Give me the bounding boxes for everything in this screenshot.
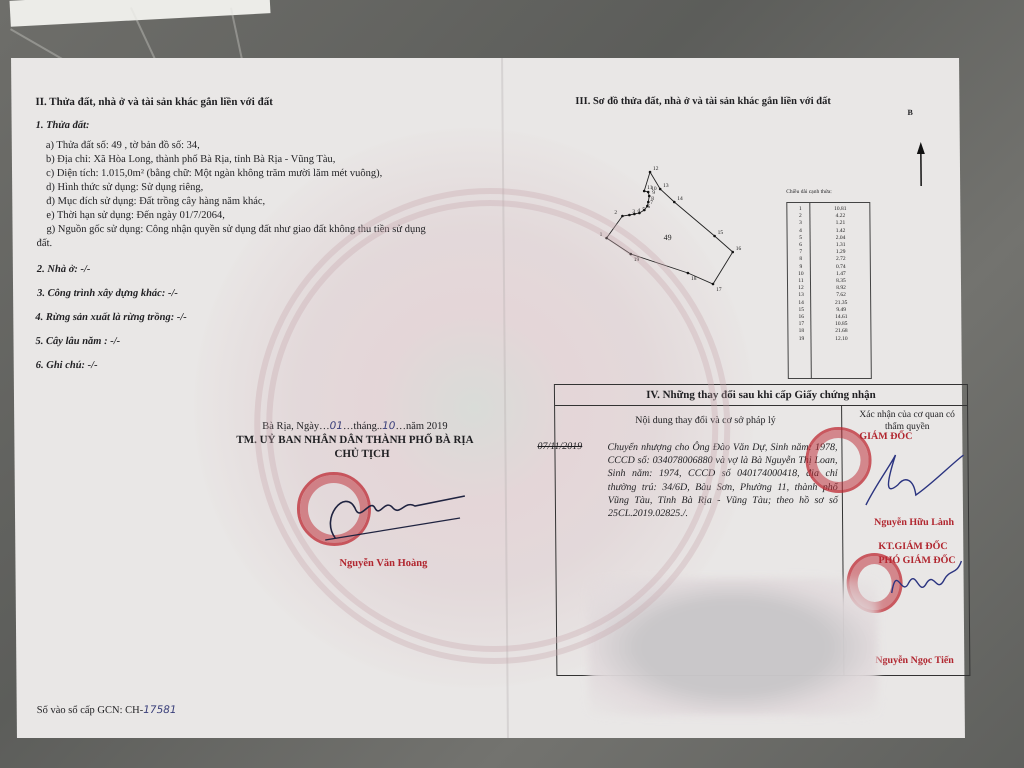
usage-form-line: d) Hình thức sử dụng: Sử dụng riêng, — [46, 182, 203, 193]
deputy-signature — [886, 553, 967, 613]
edge-table-title: Chiều dài cạnh thửa: — [786, 189, 832, 195]
parcel-diagram: 1234567891011121314151617181949 — [588, 158, 769, 298]
edge-row: 90.74 — [789, 264, 869, 271]
city-seal-stamp — [297, 472, 372, 546]
registry-number: Số vào sổ cấp GCN: CH-17581 — [37, 704, 177, 716]
signing-date: Bà Rịa, Ngày…01…tháng..10…năm 2019 — [262, 420, 448, 432]
signer-title: CHỦ TỊCH — [334, 448, 389, 460]
confirm2-role1: KT.GIÁM ĐỐC — [878, 541, 947, 552]
registry-value: 17581 — [143, 704, 177, 716]
change-entry-text: Chuyển nhượng cho Ông Đào Văn Dự, Sinh n… — [607, 441, 838, 520]
edge-row: 24.22 — [788, 213, 868, 220]
usage-origin-line: g) Nguồn gốc sử dụng: Công nhận quyền sử… — [46, 224, 425, 235]
area-line: c) Diện tích: 1.015,0m² (bằng chữ: Một n… — [46, 168, 382, 179]
month-prefix: …tháng.. — [343, 421, 382, 432]
edge-row: 128.92 — [789, 285, 869, 292]
signing-month: 10 — [382, 420, 395, 432]
house-item: 2. Nhà ở: -/- — [37, 264, 91, 275]
north-arrow-icon — [916, 142, 926, 186]
chairman-name: Nguyễn Văn Hoàng — [339, 558, 427, 569]
edge-row: 1614.61 — [789, 314, 869, 321]
edge-row: 61.31 — [789, 242, 869, 249]
signing-day: 01 — [330, 420, 343, 432]
edge-row: 1710.85 — [789, 321, 869, 328]
svg-text:1: 1 — [600, 232, 603, 238]
section-ii-heading: II. Thửa đất, nhà ở và tài sản khác gắn … — [35, 96, 273, 108]
planted-forest-item: 4. Rừng sản xuất là rừng trồng: -/- — [35, 312, 187, 323]
other-construction-item: 3. Công trình xây dựng khác: -/- — [37, 288, 178, 299]
edge-row: 110.81 — [788, 206, 868, 213]
certificate-sheet: II. Thửa đất, nhà ở và tài sản khác gắn … — [11, 58, 965, 738]
chairman-signature — [315, 478, 476, 548]
edge-row: 1821.68 — [789, 328, 869, 335]
edge-row: 82.72 — [789, 256, 869, 263]
edge-row: 159.49 — [789, 307, 869, 314]
north-label: B — [907, 108, 912, 117]
redacted-area — [588, 578, 879, 716]
edge-row: 41.42 — [789, 228, 869, 235]
svg-text:17: 17 — [716, 287, 722, 293]
svg-text:8: 8 — [651, 196, 654, 202]
edge-row: 137.62 — [789, 292, 869, 299]
edge-row: 52.04 — [789, 235, 869, 242]
director-signature — [835, 435, 966, 515]
content-column-header: Nội dung thay đổi và cơ sở pháp lý — [635, 415, 776, 426]
section-iv-heading: IV. Những thay đổi sau khi cấp Giấy chứn… — [555, 385, 967, 406]
page-fold — [501, 58, 509, 738]
confirm-column-header: Xác nhận của cơ quan có thẩm quyền — [851, 409, 963, 433]
svg-text:19: 19 — [634, 257, 640, 263]
svg-text:18: 18 — [691, 276, 697, 282]
confirm2-signer: Nguyễn Ngọc Tiến — [875, 655, 954, 666]
svg-text:49: 49 — [664, 233, 672, 242]
registry-label: Số vào sổ cấp GCN: CH- — [37, 705, 144, 716]
edge-length-table-body: 110.8124.2231.2141.4252.0461.3171.2982.7… — [788, 206, 869, 343]
svg-text:16: 16 — [736, 246, 742, 252]
usage-term-line: e) Thời hạn sử dụng: Đến ngày 01/7/2064, — [46, 210, 225, 221]
edge-row: 31.21 — [788, 220, 868, 227]
perennial-trees-item: 5. Cây lâu năm : -/- — [35, 336, 120, 347]
date-prefix: Bà Rịa, Ngày… — [262, 421, 329, 432]
edge-row: 118.35 — [789, 278, 869, 285]
issuing-authority: TM. UỶ BAN NHÂN DÂN THÀNH PHỐ BÀ RỊA — [236, 434, 473, 446]
confirm1-signer: Nguyễn Hữu Lành — [874, 517, 954, 528]
section-iii-heading: III. Sơ đồ thửa đất, nhà ở và tài sản kh… — [575, 96, 830, 107]
svg-text:14: 14 — [677, 196, 683, 202]
usage-purpose-line: đ) Mục đích sử dụng: Đất trồng cây hàng … — [46, 196, 265, 207]
address-line: b) Địa chỉ: Xã Hòa Long, thành phố Bà Rị… — [46, 154, 336, 165]
parcel-number-line: a) Thửa đất số: 49 , tờ bản đồ số: 34, — [46, 140, 200, 151]
edge-row: 1912.10 — [789, 336, 869, 343]
edge-row: 71.29 — [789, 249, 869, 256]
svg-text:12: 12 — [653, 166, 659, 172]
edge-row: 101.47 — [789, 271, 869, 278]
signing-year: …năm 2019 — [395, 421, 447, 432]
svg-text:15: 15 — [718, 230, 724, 236]
edge-row: 1421.35 — [789, 300, 869, 307]
parcel-title: 1. Thửa đất: — [36, 120, 90, 131]
usage-origin-line-2: đất. — [37, 238, 53, 249]
svg-text:11: 11 — [647, 185, 653, 191]
notes-item: 6. Ghi chú: -/- — [36, 360, 98, 371]
marble-vein — [230, 8, 243, 62]
svg-text:13: 13 — [663, 183, 669, 189]
change-entry-date: 07/11/2019 — [537, 441, 582, 452]
svg-text:2: 2 — [614, 210, 617, 216]
